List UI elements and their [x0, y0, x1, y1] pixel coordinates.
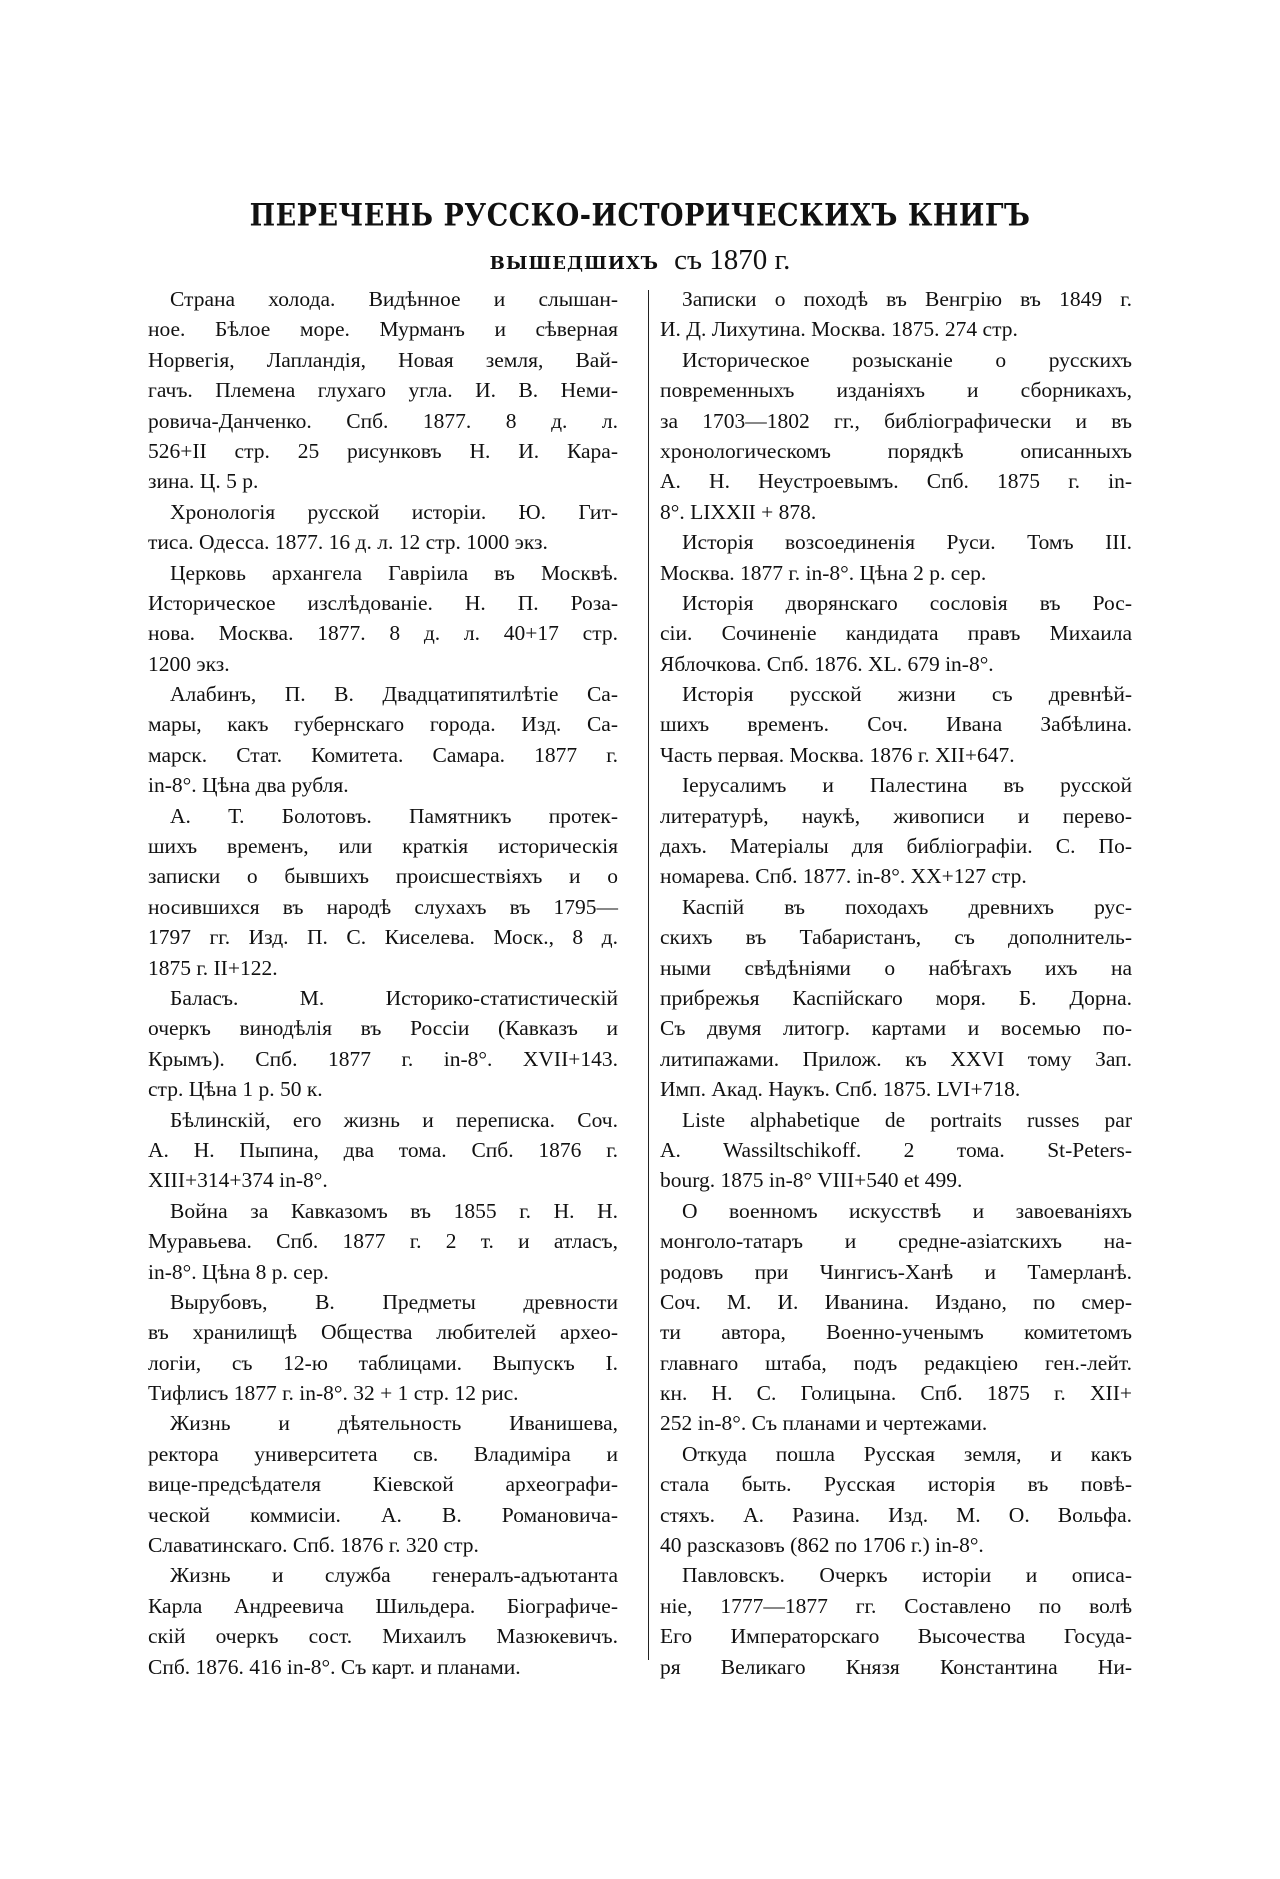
entry-line: 8°. LIXXII + 878.	[660, 497, 1132, 527]
entry-line: ческой коммисіи. А. В. Романовича-	[148, 1500, 618, 1530]
entry-line: родовъ при Чингисъ-Ханѣ и Тамерланѣ.	[660, 1257, 1132, 1287]
entry-line: стяхъ. А. Разина. Изд. М. О. Вольфа.	[660, 1500, 1132, 1530]
entry-line: Іерусалимъ и Палестина въ русской	[660, 770, 1132, 800]
entry-line: Liste alphabetique de portraits russes p…	[660, 1105, 1132, 1135]
left-column: Страна холода. Видѣнное и слышан-ное. Бѣ…	[148, 284, 618, 1682]
entry-line: А. Н. Пыпина, два тома. Спб. 1876 г.	[148, 1135, 618, 1165]
entry-line: гачъ. Племена глухаго угла. И. В. Неми-	[148, 375, 618, 405]
bibliography-entry: Вырубовъ, В. Предметы древностивъ хранил…	[148, 1287, 618, 1409]
entry-line: сіи. Сочиненіе кандидата правъ Михаила	[660, 618, 1132, 648]
entry-line: шихъ временъ, или краткія историческія	[148, 831, 618, 861]
entry-line: Норвегія, Лапландія, Новая земля, Вай-	[148, 345, 618, 375]
bibliography-entry: Исторія дворянскаго сословія въ Рос-сіи.…	[660, 588, 1132, 679]
entry-line: носившихся въ народѣ слухахъ въ 1795—	[148, 892, 618, 922]
entry-line: дахъ. Матеріалы для библіографіи. С. По-	[660, 831, 1132, 861]
entry-line: Баласъ. М. Историко-статистическій	[148, 983, 618, 1013]
bibliography-entry: Историческое розысканіе о русскихъповрем…	[660, 345, 1132, 527]
entry-line: Жизнь и дѣятельность Иванишева,	[148, 1408, 618, 1438]
entry-line: стр. Цѣна 1 р. 50 к.	[148, 1074, 618, 1104]
entry-line: ными свѣдѣніями о набѣгахъ ихъ на	[660, 953, 1132, 983]
entry-line: Исторія дворянскаго сословія въ Рос-	[660, 588, 1132, 618]
entry-line: Москва. 1877 г. in-8°. Цѣна 2 р. сер.	[660, 558, 1132, 588]
entry-line: ти автора, Военно-ученымъ комитетомъ	[660, 1317, 1132, 1347]
entry-line: Его Императорскаго Высочества Госуда-	[660, 1621, 1132, 1651]
entry-line: И. Д. Лихутина. Москва. 1875. 274 стр.	[660, 314, 1132, 344]
entry-line: Страна холода. Видѣнное и слышан-	[148, 284, 618, 314]
entry-line: 252 in-8°. Съ планами и чертежами.	[660, 1408, 1132, 1438]
entry-line: за 1703—1802 гг., библіографически и въ	[660, 406, 1132, 436]
entry-line: ректора университета св. Владиміра и	[148, 1439, 618, 1469]
entry-line: Часть первая. Москва. 1876 г. XII+647.	[660, 740, 1132, 770]
bibliography-entry: А. Т. Болотовъ. Памятникъ протек-шихъ вр…	[148, 801, 618, 983]
entry-line: 40 разсказовъ (862 по 1706 г.) in-8°.	[660, 1530, 1132, 1560]
entry-line: главнаго штаба, подъ редакціею ген.-лейт…	[660, 1348, 1132, 1378]
entry-line: Исторія возсоединенія Руси. Томъ III.	[660, 527, 1132, 557]
entry-line: очеркъ винодѣлія въ Россіи (Кавказъ и	[148, 1013, 618, 1043]
entry-line: записки о бывшихъ происшествіяхъ и о	[148, 861, 618, 891]
entry-line: in-8°. Цѣна два рубля.	[148, 770, 618, 800]
bibliography-entry: Исторія русской жизни съ древнѣй-шихъ вр…	[660, 679, 1132, 770]
entry-line: 1200 экз.	[148, 649, 618, 679]
right-column: Записки о походѣ въ Венгрію въ 1849 г.И.…	[660, 284, 1132, 1682]
entry-line: Карла Андреевича Шильдера. Біографиче-	[148, 1591, 618, 1621]
entry-line: Тифлисъ 1877 г. in-8°. 32 + 1 стр. 12 ри…	[148, 1378, 618, 1408]
bibliography-entry: Алабинъ, П. В. Двадцатипятилѣтіе Са-мары…	[148, 679, 618, 801]
entry-line: стала быть. Русская исторія въ повѣ-	[660, 1469, 1132, 1499]
bibliography-entry: О военномъ искусствѣ и завоеваніяхъмонго…	[660, 1196, 1132, 1439]
entry-line: Муравьева. Спб. 1877 г. 2 т. и атласъ,	[148, 1226, 618, 1256]
entry-line: нова. Москва. 1877. 8 д. л. 40+17 стр.	[148, 618, 618, 648]
entry-line: Имп. Акад. Наукъ. Спб. 1875. LVI+718.	[660, 1074, 1132, 1104]
bibliography-entry: Жизнь и дѣятельность Иванишева,ректора у…	[148, 1408, 618, 1560]
bibliography-entry: Исторія возсоединенія Руси. Томъ III.Мос…	[660, 527, 1132, 588]
bibliography-entry: Бѣлинскій, его жизнь и переписка. Соч.А.…	[148, 1105, 618, 1196]
bibliography-entry: Баласъ. М. Историко-статистическійочеркъ…	[148, 983, 618, 1105]
entry-line: Историческое розысканіе о русскихъ	[660, 345, 1132, 375]
entry-line: литературѣ, наукѣ, живописи и перево-	[660, 801, 1132, 831]
entry-line: ное. Бѣлое море. Мурманъ и сѣверная	[148, 314, 618, 344]
entry-line: Война за Кавказомъ въ 1855 г. Н. Н.	[148, 1196, 618, 1226]
bibliography-entry: Liste alphabetique de portraits russes p…	[660, 1105, 1132, 1196]
entry-line: Хронологія русской исторіи. Ю. Гит-	[148, 497, 618, 527]
document-page: ПЕРЕЧЕНЬ РУССКО-ИСТОРИЧЕСКИХЪ КНИГЪ ВЫШЕ…	[0, 0, 1280, 1879]
entry-line: 1797 гг. Изд. П. С. Киселева. Моск., 8 д…	[148, 922, 618, 952]
entry-line: Записки о походѣ въ Венгрію въ 1849 г.	[660, 284, 1132, 314]
subtitle-published: ВЫШЕДШИХЪ	[490, 253, 659, 274]
bibliography-entry: Записки о походѣ въ Венгрію въ 1849 г.И.…	[660, 284, 1132, 345]
entry-line: bourg. 1875 in-8° VIII+540 et 499.	[660, 1165, 1132, 1195]
bibliography-entry: Хронологія русской исторіи. Ю. Гит-тиса.…	[148, 497, 618, 558]
entry-line: Вырубовъ, В. Предметы древности	[148, 1287, 618, 1317]
entry-line: in-8°. Цѣна 8 р. сер.	[148, 1257, 618, 1287]
entry-line: монголо-татаръ и средне-азіатскихъ на-	[660, 1226, 1132, 1256]
bibliography-entry: Павловскъ. Очеркъ исторіи и описа-ніе, 1…	[660, 1560, 1132, 1682]
entry-line: Яблочкова. Спб. 1876. XL. 679 in-8°.	[660, 649, 1132, 679]
column-divider	[648, 290, 649, 1660]
entry-line: повременныхъ изданіяхъ и сборникахъ,	[660, 375, 1132, 405]
entry-line: Алабинъ, П. В. Двадцатипятилѣтіе Са-	[148, 679, 618, 709]
entry-line: 1875 г. II+122.	[148, 953, 618, 983]
entry-line: марск. Стат. Комитета. Самара. 1877 г.	[148, 740, 618, 770]
page-title: ПЕРЕЧЕНЬ РУССКО-ИСТОРИЧЕСКИХЪ КНИГЪ	[0, 198, 1280, 234]
entry-line: ря Великаго Князя Константина Ни-	[660, 1652, 1132, 1682]
entry-line: прибрежья Каспійскаго моря. Б. Дорна.	[660, 983, 1132, 1013]
entry-line: 526+II стр. 25 рисунковъ Н. И. Кара-	[148, 436, 618, 466]
entry-line: О военномъ искусствѣ и завоеваніяхъ	[660, 1196, 1132, 1226]
bibliography-entry: Іерусалимъ и Палестина въ русскойлитерат…	[660, 770, 1132, 892]
entry-line: Историческое изслѣдованіе. Н. П. Роза-	[148, 588, 618, 618]
entry-line: Церковь архангела Гавріила въ Москвѣ.	[148, 558, 618, 588]
entry-line: зина. Ц. 5 р.	[148, 466, 618, 496]
entry-line: Павловскъ. Очеркъ исторіи и описа-	[660, 1560, 1132, 1590]
entry-line: Съ двумя литогр. картами и восемью по-	[660, 1013, 1132, 1043]
bibliography-entry: Каспій въ походахъ древнихъ рус-скихъ въ…	[660, 892, 1132, 1105]
entry-line: А. Н. Неустроевымъ. Спб. 1875 г. in-	[660, 466, 1132, 496]
bibliography-entry: Страна холода. Видѣнное и слышан-ное. Бѣ…	[148, 284, 618, 497]
entry-line: XIII+314+374 in-8°.	[148, 1165, 618, 1195]
entry-line: Исторія русской жизни съ древнѣй-	[660, 679, 1132, 709]
entry-line: вице-предсѣдателя Кіевской археографи-	[148, 1469, 618, 1499]
entry-line: Каспій въ походахъ древнихъ рус-	[660, 892, 1132, 922]
bibliography-entry: Жизнь и служба генералъ-адъютантаКарла А…	[148, 1560, 618, 1682]
entry-line: скій очеркъ сост. Михаилъ Мазюкевичъ.	[148, 1621, 618, 1651]
entry-line: Крымъ). Спб. 1877 г. in-8°. XVII+143.	[148, 1044, 618, 1074]
entry-line: А. Т. Болотовъ. Памятникъ протек-	[148, 801, 618, 831]
bibliography-entry: Откуда пошла Русская земля, и какъстала …	[660, 1439, 1132, 1561]
entry-line: мары, какъ губернскаго города. Изд. Са-	[148, 709, 618, 739]
entry-line: Соч. М. И. Иванина. Издано, по смер-	[660, 1287, 1132, 1317]
bibliography-entry: Церковь архангела Гавріила въ Москвѣ.Ист…	[148, 558, 618, 680]
entry-line: Откуда пошла Русская земля, и какъ	[660, 1439, 1132, 1469]
entry-line: въ хранилищѣ Общества любителей архео-	[148, 1317, 618, 1347]
entry-line: Жизнь и служба генералъ-адъютанта	[148, 1560, 618, 1590]
entry-line: логіи, съ 12-ю таблицами. Выпускъ I.	[148, 1348, 618, 1378]
entry-line: номарева. Спб. 1877. in-8°. XX+127 стр.	[660, 861, 1132, 891]
entry-line: шихъ временъ. Соч. Ивана Забѣлина.	[660, 709, 1132, 739]
entry-line: ровича-Данченко. Спб. 1877. 8 д. л.	[148, 406, 618, 436]
entry-line: скихъ въ Табаристанъ, съ дополнитель-	[660, 922, 1132, 952]
bibliography-entry: Война за Кавказомъ въ 1855 г. Н. Н.Мурав…	[148, 1196, 618, 1287]
entry-line: Спб. 1876. 416 in-8°. Съ карт. и планами…	[148, 1652, 618, 1682]
page-subtitle: ВЫШЕДШИХЪ съ 1870 г.	[0, 244, 1280, 277]
entry-line: ніе, 1777—1877 гг. Составлено по волѣ	[660, 1591, 1132, 1621]
entry-line: тиса. Одесса. 1877. 16 д. л. 12 стр. 100…	[148, 527, 618, 557]
entry-line: A. Wassiltschikoff. 2 тома. St-Peters-	[660, 1135, 1132, 1165]
entry-line: Бѣлинскій, его жизнь и переписка. Соч.	[148, 1105, 618, 1135]
entry-line: кн. Н. С. Голицына. Спб. 1875 г. XII+	[660, 1378, 1132, 1408]
entry-line: Славатинскаго. Спб. 1876 г. 320 стр.	[148, 1530, 618, 1560]
entry-line: литипажами. Прилож. къ XXVI тому Зап.	[660, 1044, 1132, 1074]
subtitle-year: съ 1870 г.	[674, 244, 790, 276]
entry-line: хронологическомъ порядкѣ описанныхъ	[660, 436, 1132, 466]
